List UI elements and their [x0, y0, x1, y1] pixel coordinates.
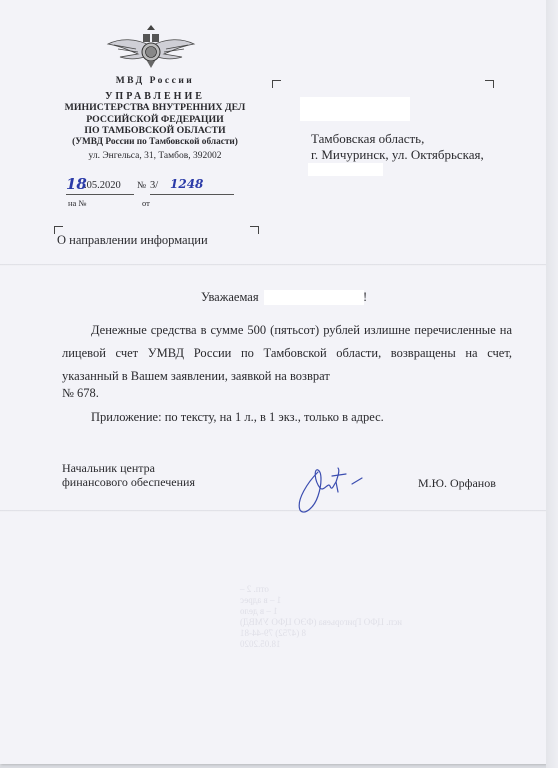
position-line: финансового обеспечения — [62, 475, 195, 489]
recipient-address-redacted — [308, 163, 383, 176]
greeting-name-redacted — [264, 290, 364, 305]
body-paragraph: Денежные средства в сумме 500 (пятьсот) … — [62, 319, 512, 388]
bleed-line: 8 (4752) 79-44-81 — [240, 628, 480, 639]
letterhead-title: УПРАВЛЕНИЕ — [62, 91, 248, 103]
ref-from-label: от — [142, 198, 150, 208]
number-prefix: 3/ — [150, 180, 158, 191]
handwritten-signature-icon — [292, 462, 370, 520]
fold-line — [0, 264, 546, 266]
org-line: МИНИСТЕРСТВА ВНУТРЕННИХ ДЕЛ — [52, 102, 258, 114]
org-line: РОССИЙСКОЙ ФЕДЕРАЦИИ — [52, 114, 258, 126]
signatory-name: М.Ю. Орфанов — [418, 476, 496, 490]
page-edge — [546, 0, 558, 768]
salutation: Уважаемая — [201, 290, 259, 304]
letterhead-organization: МИНИСТЕРСТВА ВНУТРЕННИХ ДЕЛ РОССИЙСКОЙ Ф… — [52, 102, 258, 148]
address-corner-mark — [272, 80, 281, 88]
registration-row: 18 .05.2020 № 3/ 1248 на № от — [66, 180, 246, 210]
letterhead-address: ул. Энгельса, 31, Тамбов, 392002 — [62, 151, 248, 163]
ref-number-label: на № — [68, 198, 87, 208]
date-printed: .05.2020 — [84, 180, 121, 191]
org-line: ПО ТАМБОВСКОЙ ОБЛАСТИ — [52, 125, 258, 137]
recipient-name-redacted — [300, 97, 410, 121]
greeting: Уважаемая — [201, 290, 259, 305]
subject-corner-mark — [250, 226, 259, 234]
recipient-address-line: г. Мичуринск, ул. Октябрьская, — [311, 147, 484, 163]
greeting-punctuation: ! — [363, 290, 367, 305]
number-label: № — [137, 181, 146, 191]
body-paragraph-end: № 678. — [62, 386, 99, 401]
bleed-through-text: отп. 2 – 1 – в адрес 1 – в дело исп. ЦФО… — [240, 584, 480, 650]
letter-page: МВД России УПРАВЛЕНИЕ МИНИСТЕРСТВА ВНУТР… — [0, 0, 546, 764]
underline — [66, 194, 134, 195]
signatory-position: Начальник центра финансового обеспечения — [62, 461, 195, 489]
attachment-note: Приложение: по тексту, на 1 л., в 1 экз.… — [91, 410, 384, 425]
position-line: Начальник центра — [62, 461, 195, 475]
recipient-address-line: Тамбовская область, — [311, 131, 484, 147]
bleed-line: исп. ЦФО Григорьева (ФЭО ЦФО УМВД) — [240, 617, 480, 628]
agency-short-name: МВД России — [62, 76, 248, 88]
mvd-emblem-icon — [106, 24, 196, 72]
handwritten-number: 1248 — [170, 177, 203, 191]
bleed-line: 18.05.2020 — [240, 639, 480, 650]
fold-line — [0, 510, 546, 512]
bleed-line: отп. 2 – — [240, 584, 480, 595]
recipient-address: Тамбовская область, г. Мичуринск, ул. Ок… — [311, 131, 484, 163]
address-corner-mark — [485, 80, 494, 88]
bleed-line: 1 – в дело — [240, 606, 480, 617]
underline — [150, 194, 234, 195]
letter-subject: О направлении информации — [57, 233, 208, 248]
bleed-line: 1 – в адрес — [240, 595, 480, 606]
org-line: (УМВД России по Тамбовской области) — [52, 137, 258, 149]
